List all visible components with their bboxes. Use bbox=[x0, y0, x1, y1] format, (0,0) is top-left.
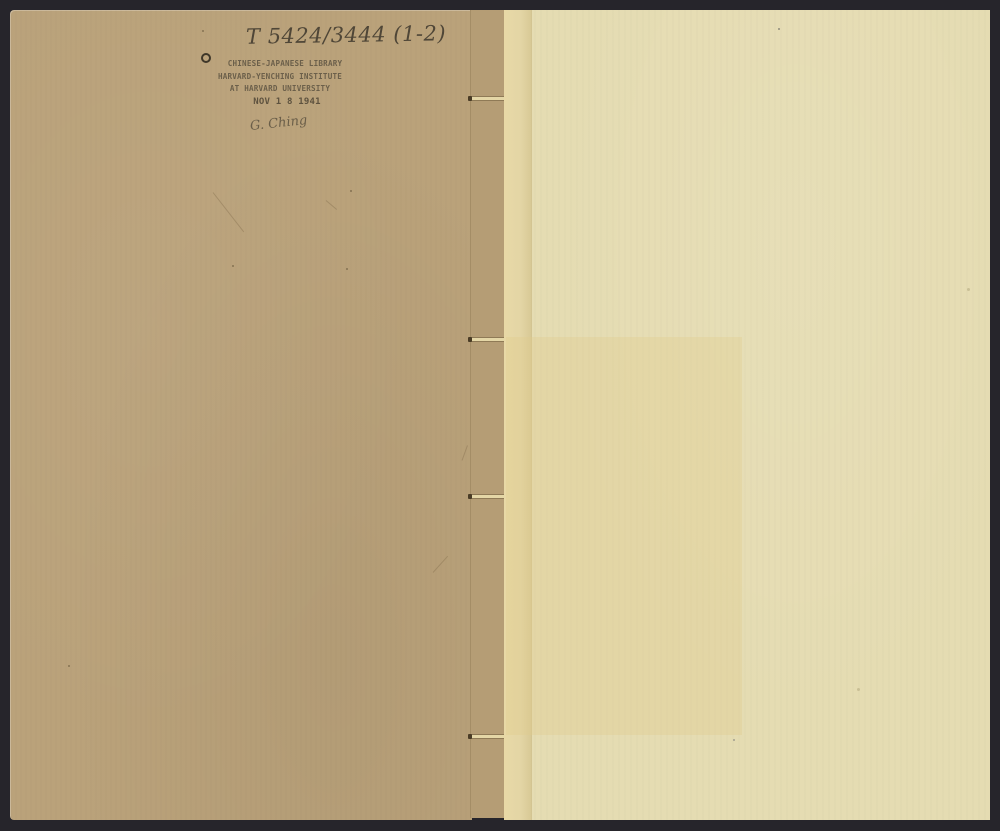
stitch-hole bbox=[468, 734, 472, 739]
cover-speck bbox=[202, 30, 204, 32]
binding-stitch bbox=[470, 337, 504, 342]
handwritten-signature: G. Ching bbox=[249, 113, 308, 134]
page-speck bbox=[857, 688, 860, 691]
page-speck bbox=[967, 288, 970, 291]
stitch-hole bbox=[468, 494, 472, 499]
handwritten-call-number: T 5424/3444 (1-2) bbox=[246, 21, 446, 48]
stamp-line-university: AT HARVARD UNIVERSITY bbox=[190, 83, 370, 96]
cover-speck bbox=[232, 265, 234, 267]
page-speck bbox=[733, 739, 735, 741]
binding-stitch bbox=[470, 96, 504, 101]
binding-spine bbox=[470, 10, 507, 818]
page-speck bbox=[778, 28, 780, 30]
stamp-line-library: CHINESE-JAPANESE LIBRARY bbox=[200, 58, 370, 71]
stamp-line-institute: HARVARD-YENCHING INSTITUTE bbox=[190, 71, 370, 84]
binding-stitch bbox=[470, 734, 504, 739]
cover-speck bbox=[346, 268, 348, 270]
library-stamp-area: T 5424/3444 (1-2) CHINESE-JAPANESE LIBRA… bbox=[190, 20, 450, 150]
cover-speck bbox=[350, 190, 352, 192]
stitch-hole bbox=[468, 337, 472, 342]
cover-speck bbox=[68, 665, 70, 667]
stitch-hole bbox=[468, 96, 472, 101]
binding-stitch bbox=[470, 494, 504, 499]
stamp-date: NOV 1 8 1941 bbox=[204, 96, 370, 109]
discoloration-patch bbox=[506, 337, 742, 735]
scan-viewer: T 5424/3444 (1-2) CHINESE-JAPANESE LIBRA… bbox=[0, 0, 1000, 831]
library-stamp: CHINESE-JAPANESE LIBRARY HARVARD-YENCHIN… bbox=[190, 58, 370, 108]
